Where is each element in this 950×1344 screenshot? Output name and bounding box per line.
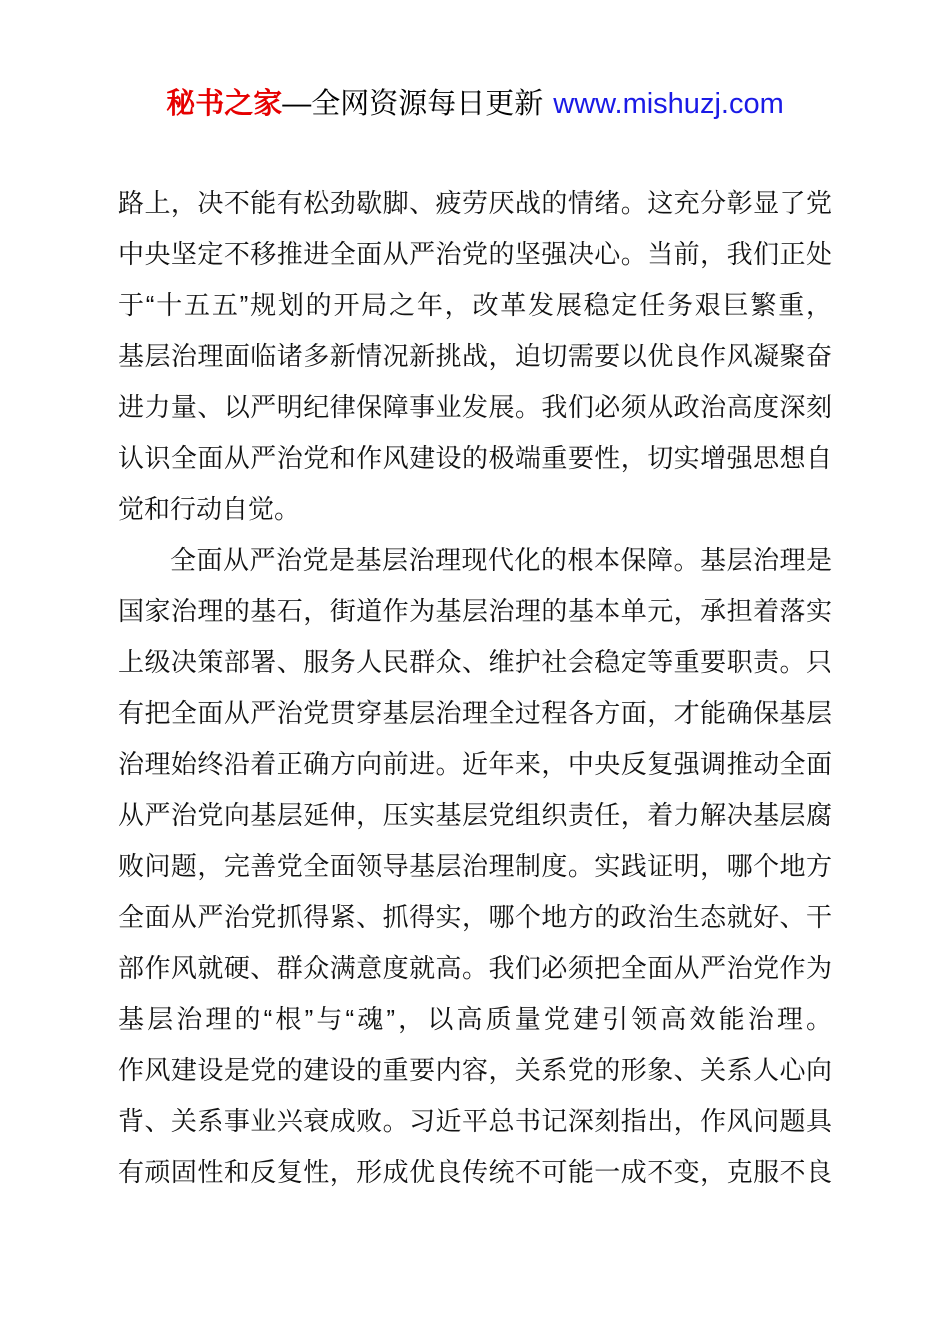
body-line: 上级决策部署、服务人民群众、维护社会稳定等重要职责。只 bbox=[118, 637, 832, 688]
site-header: 秘书之家—全网资源每日更新www.mishuzj.com bbox=[0, 86, 950, 122]
site-tagline: 全网资源每日更新 bbox=[311, 88, 543, 120]
body-line: 国家治理的基石，街道作为基层治理的基本单元，承担着落实 bbox=[118, 586, 832, 637]
body-line: 认识全面从严治党和作风建设的极端重要性，切实增强思想自 bbox=[118, 433, 832, 484]
body-line: 有把全面从严治党贯穿基层治理全过程各方面，才能确保基层 bbox=[118, 688, 832, 739]
header-dash: — bbox=[282, 88, 311, 120]
body-line: 治理始终沿着正确方向前进。近年来，中央反复强调推动全面 bbox=[118, 739, 832, 790]
body-line: 路上，决不能有松劲歇脚、疲劳厌战的情绪。这充分彰显了党 bbox=[118, 178, 832, 229]
body-line: 于“十五五”规划的开局之年，改革发展稳定任务艰巨繁重， bbox=[118, 280, 832, 331]
body-line: 全面从严治党抓得紧、抓得实，哪个地方的政治生态就好、干 bbox=[118, 892, 832, 943]
body-line: 部作风就硬、群众满意度就高。我们必须把全面从严治党作为 bbox=[118, 943, 832, 994]
paragraph-2: 全面从严治党是基层治理现代化的根本保障。基层治理是 国家治理的基石，街道作为基层… bbox=[118, 535, 832, 1198]
body-line: 基层治理面临诸多新情况新挑战，迫切需要以优良作风凝聚奋 bbox=[118, 331, 832, 382]
body-line: 觉和行动自觉。 bbox=[118, 484, 832, 535]
paragraph-1: 路上，决不能有松劲歇脚、疲劳厌战的情绪。这充分彰显了党 中央坚定不移推进全面从严… bbox=[118, 178, 832, 535]
body-line: 基层治理的“根”与“魂”，以高质量党建引领高效能治理。 bbox=[118, 994, 832, 1045]
body-line: 全面从严治党是基层治理现代化的根本保障。基层治理是 bbox=[118, 535, 832, 586]
document-page: 秘书之家—全网资源每日更新www.mishuzj.com 路上，决不能有松劲歇脚… bbox=[0, 0, 950, 1344]
body-line: 从严治党向基层延伸，压实基层党组织责任，着力解决基层腐 bbox=[118, 790, 832, 841]
site-brand: 秘书之家 bbox=[166, 88, 282, 120]
body-line: 有顽固性和反复性，形成优良传统不可能一成不变，克服不良 bbox=[118, 1147, 832, 1198]
body-line: 中央坚定不移推进全面从严治党的坚强决心。当前，我们正处 bbox=[118, 229, 832, 280]
body-line: 败问题，完善党全面领导基层治理制度。实践证明，哪个地方 bbox=[118, 841, 832, 892]
body-line: 进力量、以严明纪律保障事业发展。我们必须从政治高度深刻 bbox=[118, 382, 832, 433]
body-line: 背、关系事业兴衰成败。习近平总书记深刻指出，作风问题具 bbox=[118, 1096, 832, 1147]
document-body: 路上，决不能有松劲歇脚、疲劳厌战的情绪。这充分彰显了党 中央坚定不移推进全面从严… bbox=[0, 178, 950, 1198]
site-url-link[interactable]: www.mishuzj.com bbox=[553, 88, 783, 120]
body-line: 作风建设是党的建设的重要内容，关系党的形象、关系人心向 bbox=[118, 1045, 832, 1096]
